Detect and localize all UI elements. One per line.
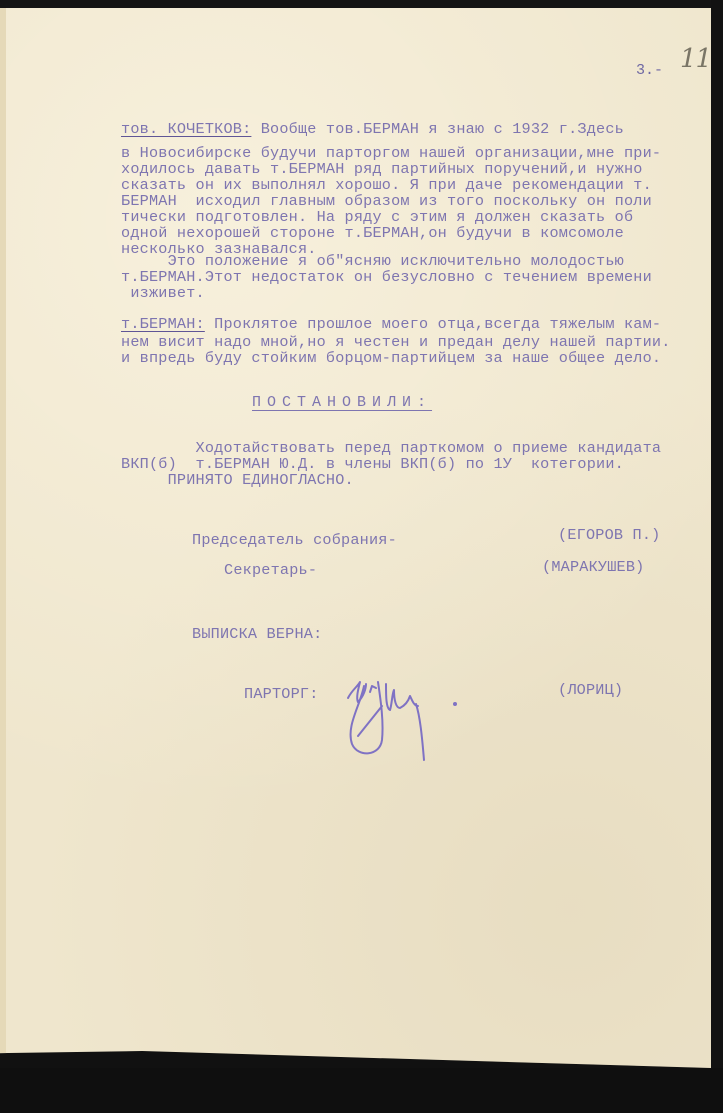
- speech-line: нем висит надо мной,но я честен и предан…: [121, 334, 671, 350]
- speech-text: Проклятое прошлое моего отца,всегда тяже…: [205, 315, 661, 333]
- speech-text: Вообще тов.БЕРМАН я знаю с 1932 г.Здесь: [251, 120, 624, 138]
- speaker-name: т.БЕРМАН:: [121, 315, 205, 333]
- speech-line: Это положение я об"ясняю исключительно м…: [121, 253, 624, 269]
- speech-line: БЕРМАН исходил главным образом из того п…: [121, 193, 652, 209]
- speech-line: т.БЕРМАН.Этот недостаток он безусловно с…: [121, 269, 652, 285]
- partorg-role: ПАРТОРГ:: [244, 686, 319, 702]
- speaker-name: тов. КОЧЕТКОВ:: [121, 120, 251, 138]
- speech-line: в Новосибирске будучи парторгом нашей ор…: [121, 145, 661, 161]
- resolution-heading: ПОСТАНОВИЛИ:: [252, 394, 432, 411]
- archive-sheet-number: 11: [680, 44, 711, 74]
- chairman-name: (ЕГОРОВ П.): [558, 527, 660, 543]
- document-page: 3.- 11 тов. КОЧЕТКОВ: Вообще тов.БЕРМАН …: [0, 8, 711, 1068]
- speaker-line: тов. КОЧЕТКОВ: Вообще тов.БЕРМАН я знаю …: [121, 121, 624, 137]
- secretary-name: (МАРАКУШЕВ): [542, 559, 644, 575]
- speech-line: и впредь буду стойким борцом-партийцем з…: [121, 350, 661, 366]
- certification-label: ВЫПИСКА ВЕРНА:: [192, 626, 322, 642]
- partorg-name: (ЛОРИЦ): [558, 682, 623, 698]
- resolution-line: ПРИНЯТО ЕДИНОГЛАСНО.: [121, 472, 354, 488]
- speech-line: ходилось давать т.БЕРМАН ряд партийных п…: [121, 161, 643, 177]
- handwritten-signature-icon: [336, 676, 476, 771]
- speech-line: изживет.: [121, 285, 205, 301]
- speech-line: сказать он их выполнял хорошо. Я при дач…: [121, 177, 652, 193]
- resolution-line: ВКП(б) т.БЕРМАН Ю.Д. в члены ВКП(б) по 1…: [121, 456, 624, 472]
- resolution-line: Ходотайствовать перед парткомом о приеме…: [121, 440, 661, 456]
- scan-border-right: [711, 0, 723, 1113]
- speech-line: одной нехорошей стороне т.БЕРМАН,он буду…: [121, 225, 624, 241]
- scan-border-bottom: [0, 1068, 723, 1113]
- speech-line: тически подготовлен. На ряду с этим я до…: [121, 209, 633, 225]
- speaker-line: т.БЕРМАН: Проклятое прошлое моего отца,в…: [121, 316, 661, 332]
- secretary-role: Секретарь-: [224, 562, 317, 578]
- chairman-role: Председатель собрания-: [192, 532, 397, 548]
- page-number: 3.-: [636, 62, 663, 79]
